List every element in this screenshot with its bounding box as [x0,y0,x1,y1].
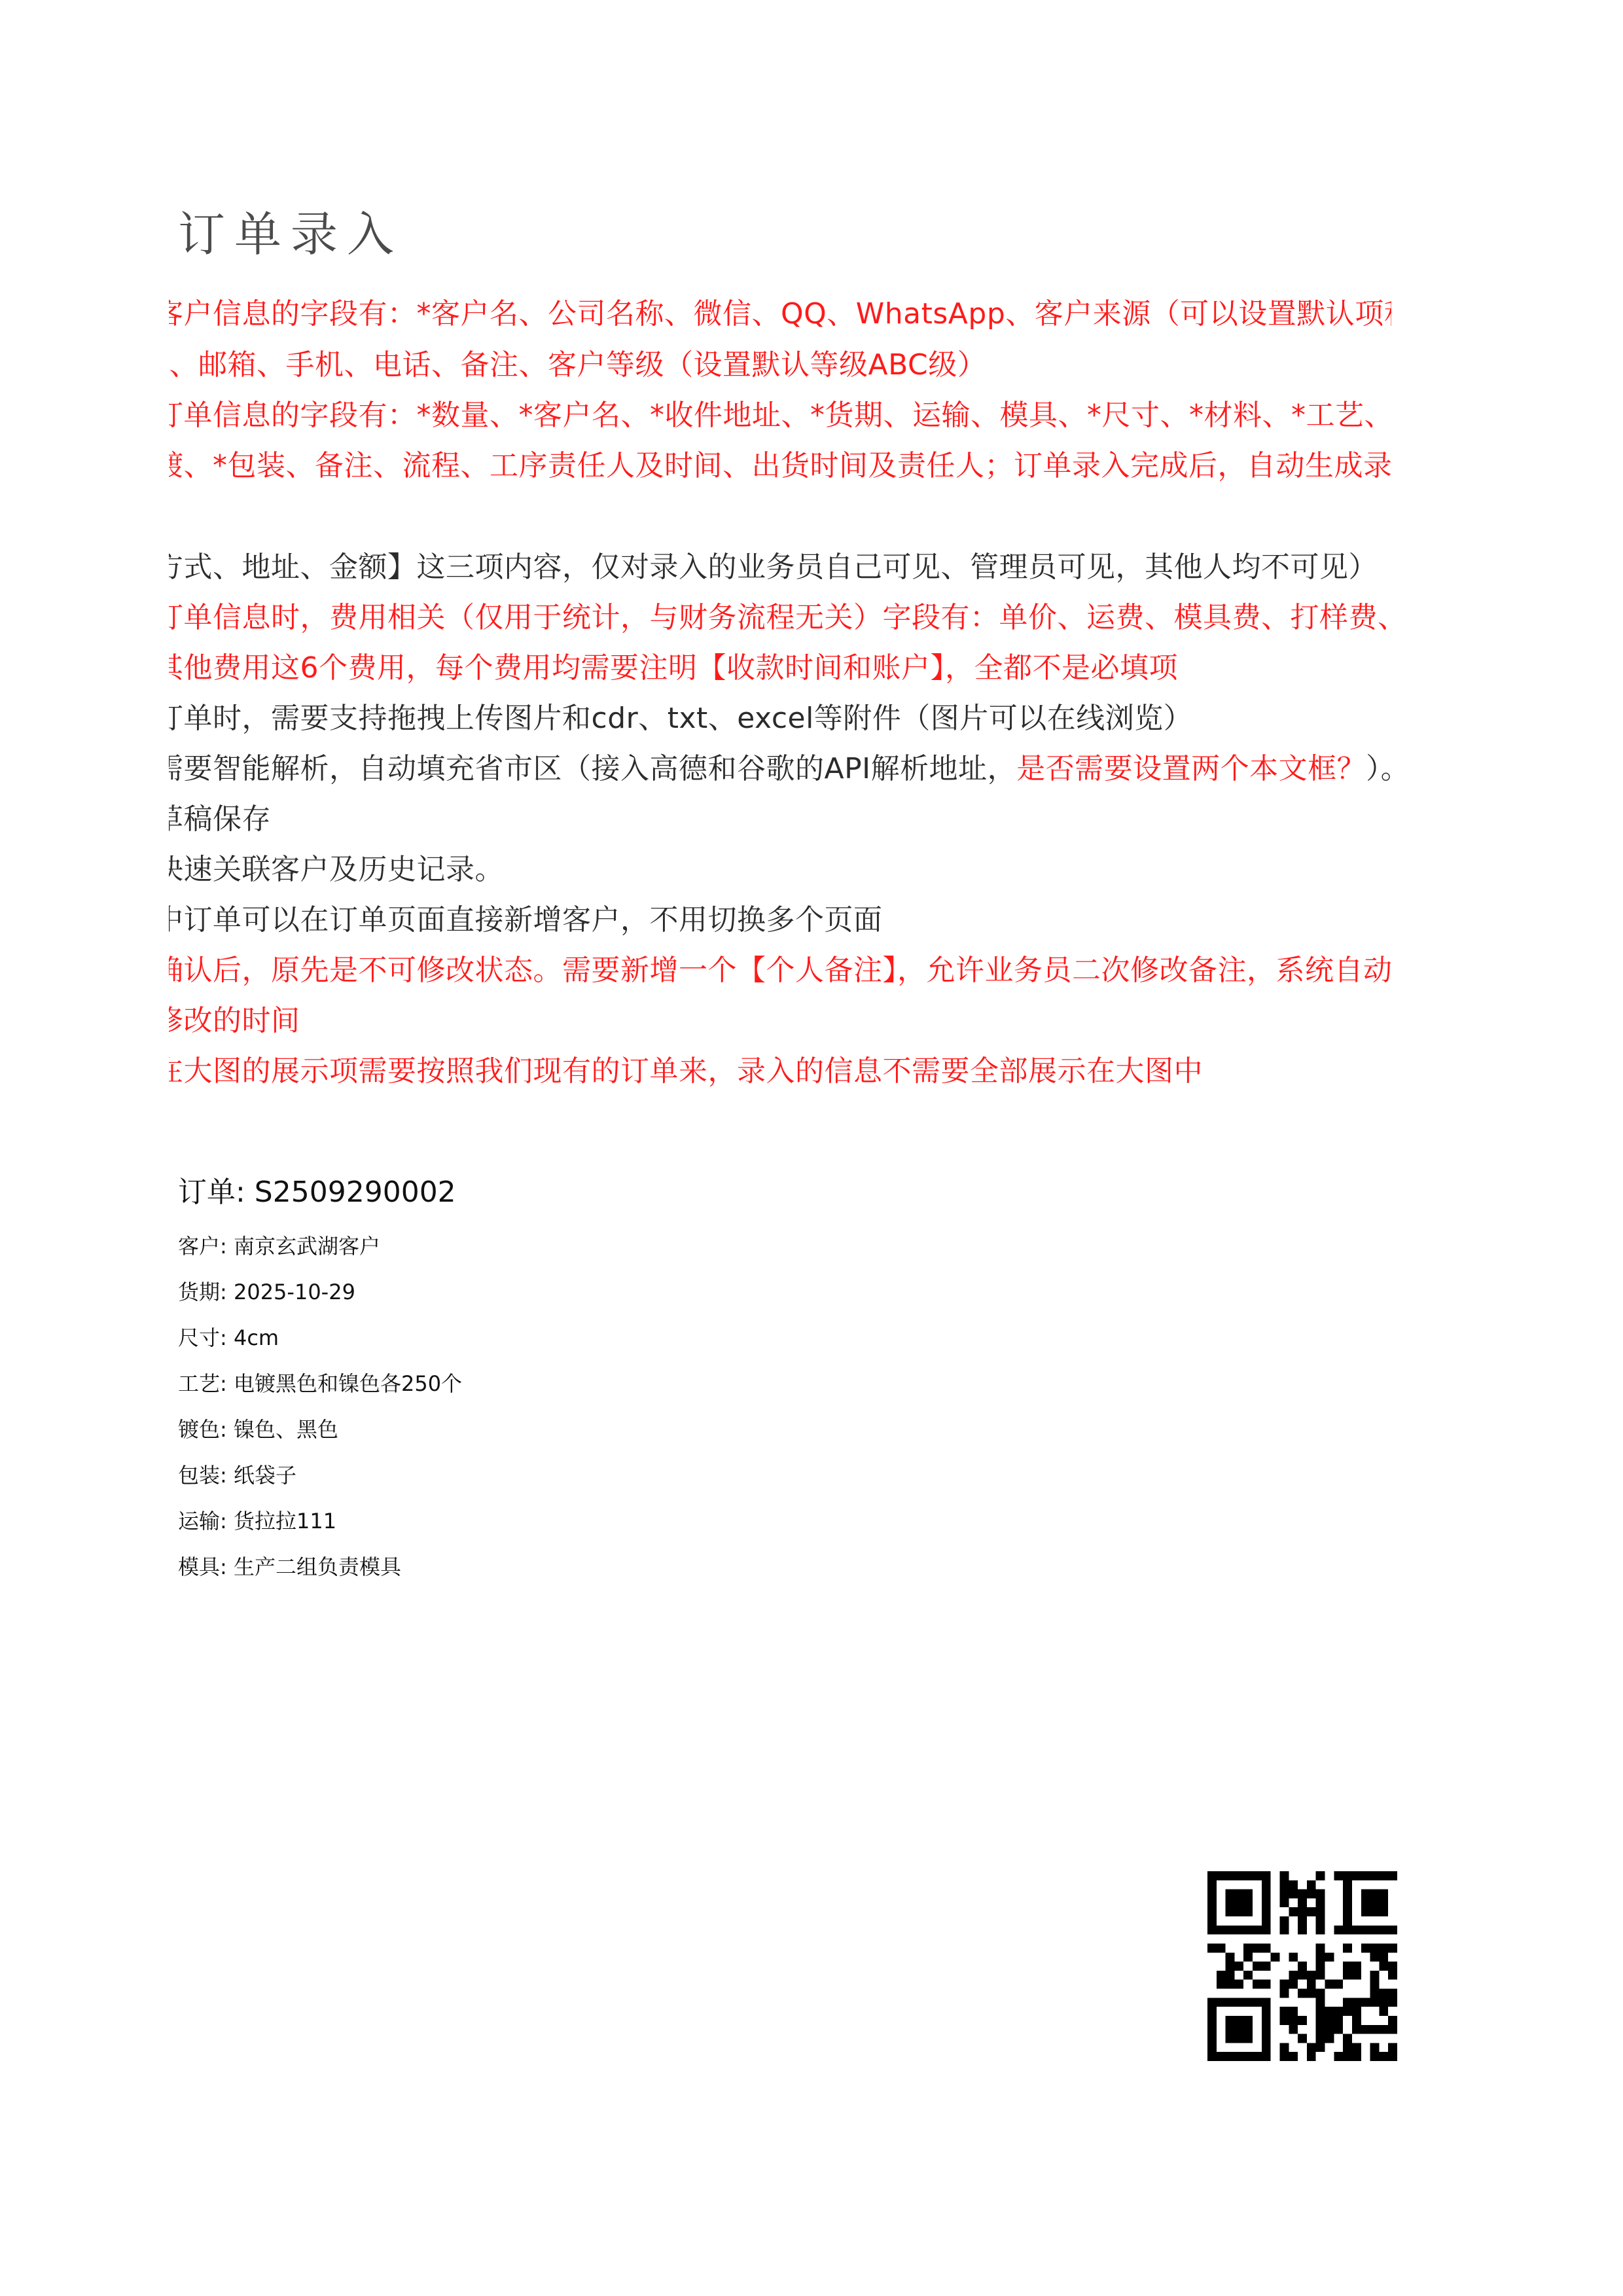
order-summary: 订单: S2509290002 客户: 南京玄武湖客户货期: 2025-10-2… [178,1178,462,1602]
order-field: 运输: 货拉拉111 [178,1511,462,1556]
requirement-line: 方式、地址、金额】这三项内容，仅对录入的业务员自己可见、管理员可见，其他人均不可… [169,553,1378,582]
requirement-line: 镀、*包装、备注、流程、工序责任人及时间、出货时间及责任人；订单录入完成后，自动… [169,452,1391,480]
order-field-label: 运输 [178,1509,220,1534]
requirement-line: 需要智能解析，自动填充省市区（接入高德和谷歌的API解析地址，是否需要设置两个本… [169,755,1391,783]
order-field-value: 南京玄武湖客户 [234,1234,380,1259]
order-field-separator: : [220,1417,234,1442]
highlighted-text: 其他费用这6个费用，每个费用均需要注明【收款时间和账户】，全都不是必填项 [169,651,1178,685]
order-field-separator: : [220,1509,234,1534]
order-field: 货期: 2025-10-29 [178,1282,462,1327]
order-field: 工艺: 电镀黑色和镍色各250个 [178,1373,462,1419]
order-field-separator: : [220,1234,234,1259]
order-field-label: 货期 [178,1280,220,1304]
order-field-separator: : [220,1463,234,1488]
order-field-value: 纸袋子 [234,1463,296,1488]
order-field-label: 工艺 [178,1371,220,1396]
order-field-value: 4cm [234,1325,279,1350]
order-field: 镀色: 镍色、黑色 [178,1419,462,1465]
requirement-line: 确认后，原先是不可修改状态。需要新增一个【个人备注】，允许业务员二次修改备注，系… [169,956,1391,985]
requirement-line: 快速关联客户及历史记录。 [169,855,504,884]
order-number: 订单: S2509290002 [178,1178,462,1207]
requirement-line: 草稿保存 [169,805,271,834]
order-field: 模具: 生产二组负责模具 [178,1556,462,1602]
requirement-line: 其他费用这6个费用，每个费用均需要注明【收款时间和账户】，全都不是必填项 [169,654,1178,683]
order-field-label: 镀色 [178,1417,220,1442]
body-text: 方式、地址、金额】这三项内容，仅对录入的业务员自己可见、管理员可见，其他人均不可… [169,550,1378,584]
order-field-label: 尺寸 [178,1325,220,1350]
requirement-line: 在大图的展示项需要按照我们现有的订单来，录入的信息不需要全部展示在大图中 [169,1057,1203,1086]
order-field: 包装: 纸袋子 [178,1465,462,1511]
order-field-separator: : [220,1554,234,1579]
qr-code-graphic [1207,1871,1397,2061]
order-field: 客户: 南京玄武湖客户 [178,1236,462,1282]
highlighted-text: 确认后，原先是不可修改状态。需要新增一个【个人备注】，允许业务员二次修改备注，系… [169,954,1391,987]
highlighted-text: 在大图的展示项需要按照我们现有的订单来，录入的信息不需要全部展示在大图中 [169,1054,1203,1088]
highlighted-text: 客户信息的字段有：*客户名、公司名称、微信、QQ、WhatsApp、客户来源（可… [169,297,1391,331]
requirement-line: 订单信息时，费用相关（仅用于统计，与财务流程无关）字段有：单价、运费、模具费、打… [169,603,1391,632]
order-field: 尺寸: 4cm [178,1327,462,1373]
order-field-label: 包装 [178,1463,220,1488]
order-field-value: 电镀黑色和镍色各250个 [234,1371,462,1396]
body-text: ）。 [1366,752,1391,785]
order-field-separator: : [220,1371,234,1396]
highlighted-text: 订单信息时，费用相关（仅用于统计，与财务流程无关）字段有：单价、运费、模具费、打… [169,601,1391,634]
requirement-line: 客户信息的字段有：*客户名、公司名称、微信、QQ、WhatsApp、客户来源（可… [169,300,1391,329]
qr-code-icon [1207,1871,1397,2061]
body-text: 订单时，需要支持拖拽上传图片和cdr、txt、excel等附件（图片可以在线浏览… [169,702,1192,735]
highlighted-text: 订单信息的字段有：*数量、*客户名、*收件地址、*货期、运输、模具、*尺寸、*材… [169,399,1391,432]
order-field-separator: : [220,1325,234,1350]
page-title: 订单录入 [178,211,403,258]
order-field-value: 货拉拉111 [234,1509,336,1534]
order-field-label: 客户 [178,1234,220,1259]
body-text: 草稿保存 [169,802,271,836]
order-field-value: 生产二组负责模具 [234,1554,401,1579]
requirement-line: 订单信息的字段有：*数量、*客户名、*收件地址、*货期、运输、模具、*尺寸、*材… [169,401,1391,430]
requirement-line: 中订单可以在订单页面直接新增客户，不用切换多个页面 [169,906,883,935]
highlighted-text: 修改的时间 [169,1004,300,1037]
body-text: 中订单可以在订单页面直接新增客户，不用切换多个页面 [169,903,883,937]
highlighted-text: ）、邮箱、手机、电话、备注、客户等级（设置默认等级ABC级） [169,348,986,382]
order-field-value: 镍色、黑色 [234,1417,338,1442]
highlighted-text: 镀、*包装、备注、流程、工序责任人及时间、出货时间及责任人；订单录入完成后，自动… [169,449,1391,482]
order-field-value: 2025-10-29 [234,1280,355,1304]
body-text: 需要智能解析，自动填充省市区（接入高德和谷歌的API解析地址， [169,752,1016,785]
order-field-list: 客户: 南京玄武湖客户货期: 2025-10-29尺寸: 4cm工艺: 电镀黑色… [178,1236,462,1602]
requirement-line: ）、邮箱、手机、电话、备注、客户等级（设置默认等级ABC级） [169,351,986,380]
order-field-separator: : [220,1280,234,1304]
highlighted-text: 是否需要设置两个本文框？ [1016,752,1366,785]
order-field-label: 模具 [178,1554,220,1579]
requirement-line: 订单时，需要支持拖拽上传图片和cdr、txt、excel等附件（图片可以在线浏览… [169,704,1192,733]
requirements-screenshot: 客户信息的字段有：*客户名、公司名称、微信、QQ、WhatsApp、客户来源（可… [169,295,1391,1119]
requirement-line: 修改的时间 [169,1007,300,1035]
body-text: 快速关联客户及历史记录。 [169,853,504,886]
